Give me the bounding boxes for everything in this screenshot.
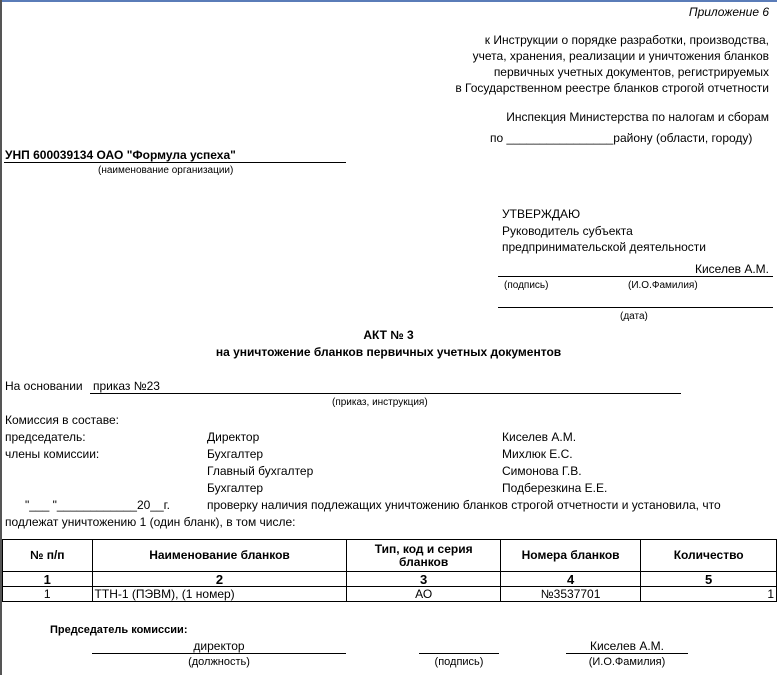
district-suffix: району (области, городу) — [613, 131, 752, 145]
blank-name-cell: ТТН-1 (ПЭВМ), (1 номер) — [92, 587, 347, 602]
member-name: Киселев А.М. — [502, 430, 576, 444]
header-cell: Тип, код и серия бланков — [347, 540, 500, 572]
header-cell: № п/п — [3, 540, 93, 572]
column-number-cell: 3 — [347, 572, 500, 587]
blank-numbers-cell: №3537701 — [500, 587, 641, 602]
approval-line-2: предпринимательской деятельности — [502, 240, 706, 254]
approval-line-1: Руководитель субъекта — [502, 224, 633, 238]
basis-caption: (приказ, инструкция) — [332, 396, 428, 410]
instruction-line-2: учета, хранения, реализации и уничтожени… — [473, 49, 769, 63]
chair-title: Председатель комиссии: — [50, 623, 187, 637]
approval-date-line — [498, 307, 773, 308]
chair-position-line — [92, 653, 346, 654]
member-position: Директор — [207, 430, 259, 444]
header-cell: Номера бланков — [500, 540, 641, 572]
chair-name-value: Киселев А.М. — [566, 639, 688, 653]
header-cell: Наименование бланков — [92, 540, 347, 572]
blank-type-cell: АО — [347, 587, 500, 602]
instruction-line-4: в Государственном реестре бланков строго… — [455, 81, 769, 95]
organization-underline — [4, 162, 346, 163]
chair-signature-caption: (подпись) — [419, 655, 499, 669]
member-position: Главный бухгалтер — [207, 464, 313, 478]
chair-position-caption: (должность) — [92, 655, 346, 669]
appendix-label: Приложение 6 — [689, 5, 769, 19]
basis-label: На основании — [5, 379, 83, 393]
member-position: Бухгалтер — [207, 481, 263, 495]
result-text: подлежат уничтожению 1 (один бланк), в т… — [5, 515, 296, 529]
organization-caption: (наименование организации) — [98, 164, 233, 178]
quantity-cell: 1 — [641, 587, 777, 602]
approval-title: УТВЕРЖДАЮ — [502, 207, 580, 221]
approval-name: Киселев А.М. — [695, 262, 769, 276]
member-name: Подберезкина Е.Е. — [502, 481, 607, 495]
member-name: Михлюк Е.С. — [502, 447, 573, 461]
blanks-table: № п/п Наименование бланков Тип, код и се… — [2, 539, 777, 602]
chair-signature-line — [419, 653, 499, 654]
basis-value: приказ №23 — [93, 379, 160, 393]
approval-signature-line — [498, 276, 773, 277]
check-date-line[interactable]: "___ "____________20__г. — [25, 498, 170, 512]
instruction-line-1: к Инструкции о порядке разработки, произ… — [485, 33, 769, 47]
table-row: 1 ТТН-1 (ПЭВМ), (1 номер) АО №3537701 1 — [3, 587, 777, 602]
member-name: Симонова Г.В. — [502, 464, 582, 478]
organization-value: УНП 600039134 ОАО "Формула успеха" — [5, 148, 236, 162]
chair-name-line — [566, 653, 688, 654]
district-line: по ________________району (области, горо… — [490, 131, 752, 145]
column-number-cell: 1 — [3, 572, 93, 587]
check-text: проверку наличия подлежащих уничтожению … — [207, 498, 721, 512]
commission-members-label: члены комиссии: — [5, 447, 99, 461]
inspection-label: Инспекция Министерства по налогам и сбор… — [506, 110, 769, 124]
window-top-border — [0, 0, 777, 2]
column-number-cell: 2 — [92, 572, 347, 587]
act-title: АКТ № 3 — [0, 328, 777, 342]
column-number-cell: 5 — [641, 572, 777, 587]
header-cell: Количество — [641, 540, 777, 572]
approval-date-caption: (дата) — [620, 310, 648, 324]
district-prefix: по — [490, 131, 503, 145]
table-header-row: № п/п Наименование бланков Тип, код и се… — [3, 540, 777, 572]
commission-intro: Комиссия в составе: — [5, 413, 119, 427]
row-number-cell: 1 — [3, 587, 93, 602]
chair-position-value: директор — [92, 639, 346, 653]
approval-signature-caption: (подпись) — [504, 279, 548, 293]
column-number-cell: 4 — [500, 572, 641, 587]
chair-name-caption: (И.О.Фамилия) — [566, 655, 688, 669]
table-column-numbers-row: 1 2 3 4 5 — [3, 572, 777, 587]
basis-underline — [90, 393, 681, 394]
commission-chair-label: председатель: — [5, 430, 86, 444]
member-position: Бухгалтер — [207, 447, 263, 461]
district-blank[interactable]: ________________ — [507, 131, 614, 145]
act-subtitle: на уничтожение бланков первичных учетных… — [0, 345, 777, 359]
instruction-line-3: первичных учетных документов, регистриру… — [494, 65, 769, 79]
approval-name-caption: (И.О.Фамилия) — [628, 279, 698, 293]
